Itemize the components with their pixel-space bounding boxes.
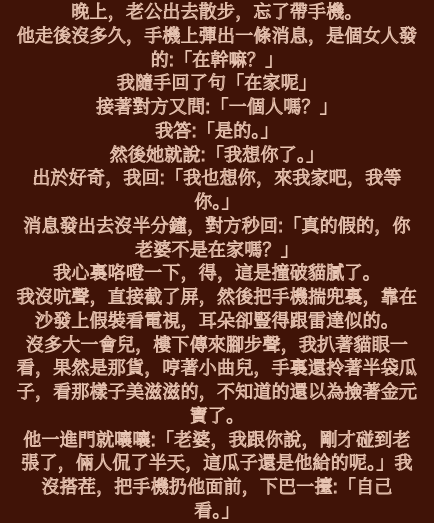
story-line: 寶了。: [13, 405, 421, 429]
story-line: 子，看那樣子美滋滋的，不知道的還以為撿著金元: [13, 381, 421, 405]
story-line: 你。」: [13, 191, 421, 215]
story-line: 接著對方又問:「一個人嗎？」: [13, 96, 421, 120]
story-line: 沒多大一會兒，樓下傳來腳步聲，我扒著貓眼一: [13, 334, 421, 358]
story-line: 我隨手回了句「在家呢」: [13, 72, 421, 96]
story-line: 老婆不是在家嗎？」: [13, 239, 421, 263]
story-line: 然後她就說:「我想你了。」: [13, 144, 421, 168]
story-line: 消息發出去沒半分鐘，對方秒回:「真的假的，你: [13, 215, 421, 239]
story-line: 出於好奇，我回:「我也想你，來我家吧，我等: [13, 167, 421, 191]
story-line: 的:「在幹嘛？」: [13, 49, 421, 73]
story-line: 沒搭茬，把手機扔他面前，下巴一擡:「自己: [13, 476, 421, 500]
story-line: 看，果然是那貨，哼著小曲兒，手裏還拎著半袋瓜: [13, 357, 421, 381]
story-line: 張了，倆人侃了半天，這瓜子還是他給的呢。」我: [13, 452, 421, 476]
story-line: 我沒吭聲，直接截了屏，然後把手機揣兜裏，靠在: [13, 286, 421, 310]
story-line: 他一進門就嚷嚷:「老婆，我跟你說，剛才碰到老: [13, 429, 421, 453]
story-line: 我心裏咯噔一下，得，這是撞破貓膩了。: [13, 262, 421, 286]
story-page: 晚上，老公出去散步，忘了帶手機。 他走後沒多久，手機上彈出一條消息，是個女人發 …: [0, 0, 434, 523]
story-line: 晚上，老公出去散步，忘了帶手機。: [13, 1, 421, 25]
story-line: 看。」: [13, 500, 421, 523]
story-line: 我答:「是的。」: [13, 120, 421, 144]
story-line: 沙發上假裝看電視，耳朵卻豎得跟雷達似的。: [13, 310, 421, 334]
story-line: 他走後沒多久，手機上彈出一條消息，是個女人發: [13, 25, 421, 49]
